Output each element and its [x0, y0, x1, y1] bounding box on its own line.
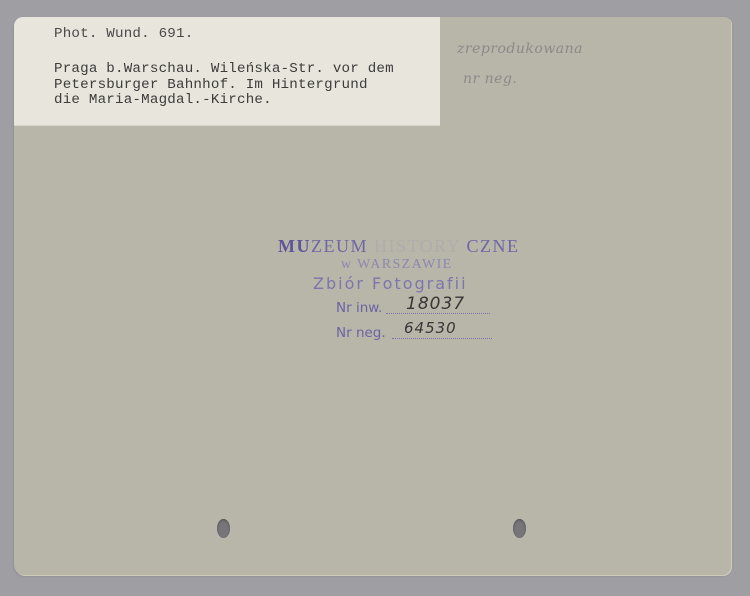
museum-stamp-faded: HISTORY: [374, 236, 461, 256]
pencil-note-line-2: nr neg.: [463, 71, 517, 87]
inventory-number-value: 18037: [406, 294, 465, 314]
punch-hole-left: [217, 519, 230, 538]
pencil-note-line-1: zreprodukowana: [457, 41, 583, 57]
punch-hole-right: [513, 519, 526, 538]
caption-line-3: die Maria-Magdal.-Kirche.: [54, 92, 272, 108]
museum-stamp-rest: ZEUM: [311, 236, 374, 256]
photo-caption: Praga b.Warschau. Wileńska-Str. vor dem …: [54, 62, 394, 109]
museum-stamp-name: MUZEUM HISTORY CZNE: [278, 236, 520, 257]
negative-number-line: [392, 338, 492, 339]
inventory-number-label: Nr inw.: [336, 300, 382, 316]
caption-line-2: Petersburger Bahnhof. Im Hintergrund: [54, 77, 368, 93]
museum-stamp-end: CZNE: [467, 236, 520, 256]
caption-line-1: Praga b.Warschau. Wileńska-Str. vor dem: [54, 61, 394, 77]
negative-number-value: 64530: [404, 319, 457, 337]
museum-stamp-bold: MU: [278, 236, 311, 256]
photo-reference-number: Phot. Wund. 691.: [54, 27, 193, 43]
museum-stamp-city: w WARSZAWIE: [341, 257, 453, 273]
negative-number-label: Nr neg.: [336, 325, 386, 341]
museum-stamp-collection: Zbiór Fotografii: [313, 274, 468, 293]
